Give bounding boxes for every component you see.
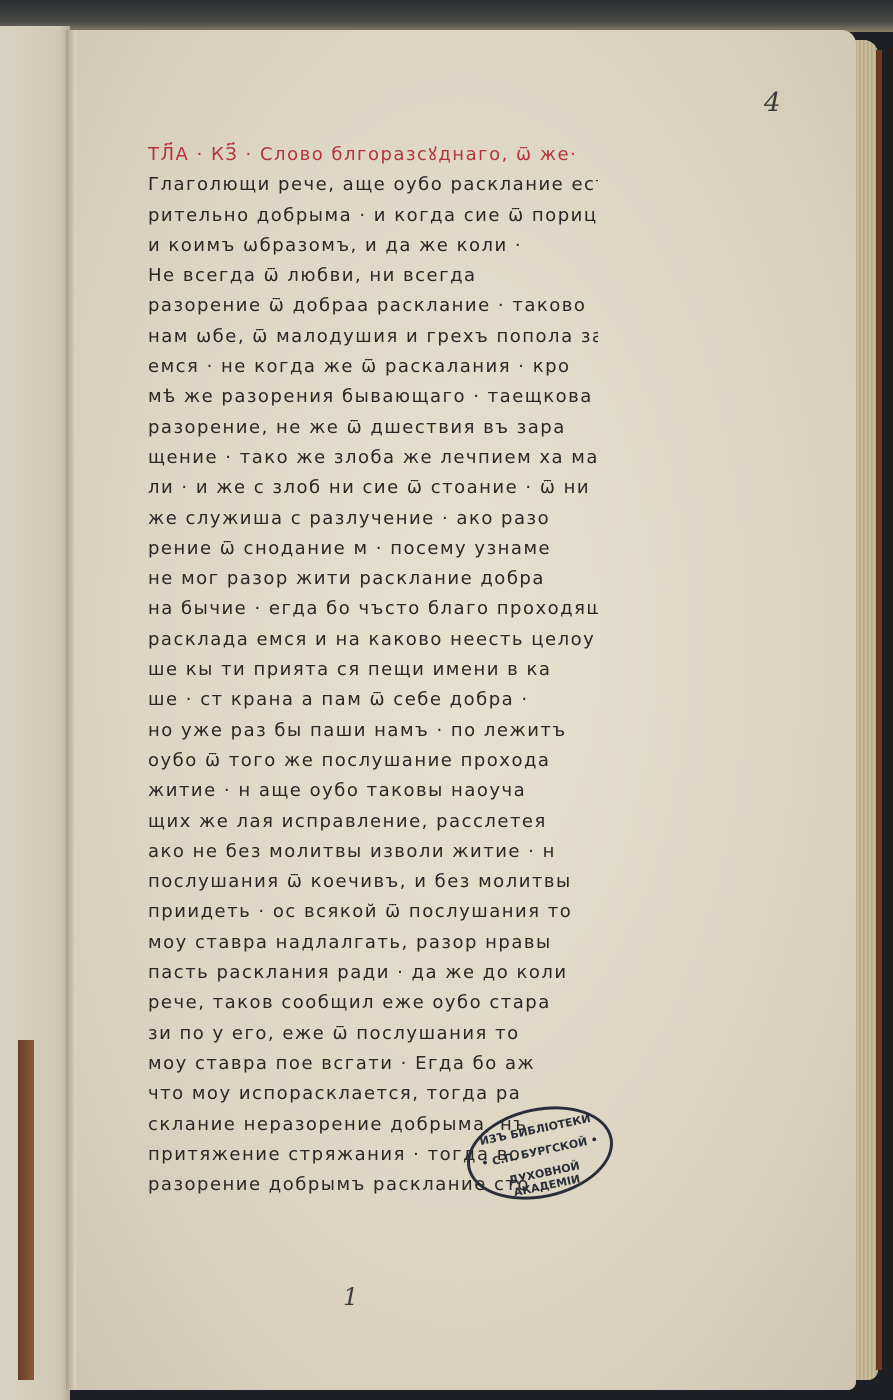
bottom-page-number: 1 [343, 1283, 358, 1311]
text-line: ше · ст крана а пам ѿ себе добра · [148, 685, 598, 715]
text-line: нам ѡбе, ѿ малодушия и грехъ попола за [148, 322, 598, 352]
page-gutter [66, 30, 76, 1390]
text-line: послушания ѿ коечивъ, и без молитвы [148, 867, 598, 897]
text-line: Не всегда ѿ любви, ни всегда [148, 261, 598, 291]
book-binding-top [0, 0, 893, 32]
text-line: не мог разор жити расклание добра [148, 564, 598, 594]
text-line: на бычие · егда бо чъсто благо проходяще [148, 594, 598, 624]
text-line: же служиша с разлучение · ако разо [148, 504, 598, 534]
text-line: емся · не когда же ѿ раскалания · кро [148, 352, 598, 382]
text-line: ли · и же с злоб ни сие ѿ стоание · ѿ ни [148, 473, 598, 503]
folio-number: 4 [764, 88, 781, 118]
text-line: рече, таков сообщил еже оубо стара [148, 988, 598, 1018]
heading-rubric: ТЛ҃А · КЗ҃ · Слово блгоразсꙋднаго, ѿ же· [148, 140, 598, 170]
text-line: и коимъ ѡбразомъ, и да же коли · [148, 231, 598, 261]
text-line: житие · н аще оубо таковы наоуча [148, 776, 598, 806]
text-line: но уже раз бы паши намъ · по лежитъ [148, 716, 598, 746]
text-lines: Глаголющи рече, аще оубо расклание есть … [148, 170, 598, 1200]
text-line: моу ставра пое всгати · Егда бо аж [148, 1049, 598, 1079]
text-line: разорение, не же ѿ дшествия въ зара [148, 413, 598, 443]
text-line: рительно добрыма · и когда сие ѿ порицан… [148, 201, 598, 231]
text-line: рение ѿ снодание м · посему узнаме [148, 534, 598, 564]
text-line: зи по у его, еже ѿ послушания то [148, 1019, 598, 1049]
text-line: пасть расклания ради · да же до коли [148, 958, 598, 988]
manuscript-text-block: ТЛ҃А · КЗ҃ · Слово блгоразсꙋднаго, ѿ же·… [148, 140, 598, 1200]
text-line: что моу испорасклается, тогда ра [148, 1079, 598, 1109]
text-line: разорение ѿ добраа расклание · таково [148, 291, 598, 321]
text-line: ше кы ти прията ся пещи имени в ка [148, 655, 598, 685]
text-line: мѣ же разорения бывающаго · таещкова [148, 382, 598, 412]
left-cover-edge [18, 1040, 34, 1380]
right-cover-edge [876, 50, 882, 1370]
text-line: щение · тако же злоба же лечпием ха мабы [148, 443, 598, 473]
text-line: щих же лая исправление, расслетея [148, 807, 598, 837]
text-line: оубо ѿ того же послушание прохода [148, 746, 598, 776]
left-page-edge [0, 26, 70, 1400]
text-line: Глаголющи рече, аще оубо расклание есть … [148, 170, 598, 200]
text-line: расклада емся и на каково неесть целоу [148, 625, 598, 655]
text-line: приидеть · ос всякой ѿ послушания то [148, 897, 598, 927]
text-line: ако не без молитвы изволи житие · н [148, 837, 598, 867]
text-line: моу ставра надлалгать, разор нравы [148, 928, 598, 958]
